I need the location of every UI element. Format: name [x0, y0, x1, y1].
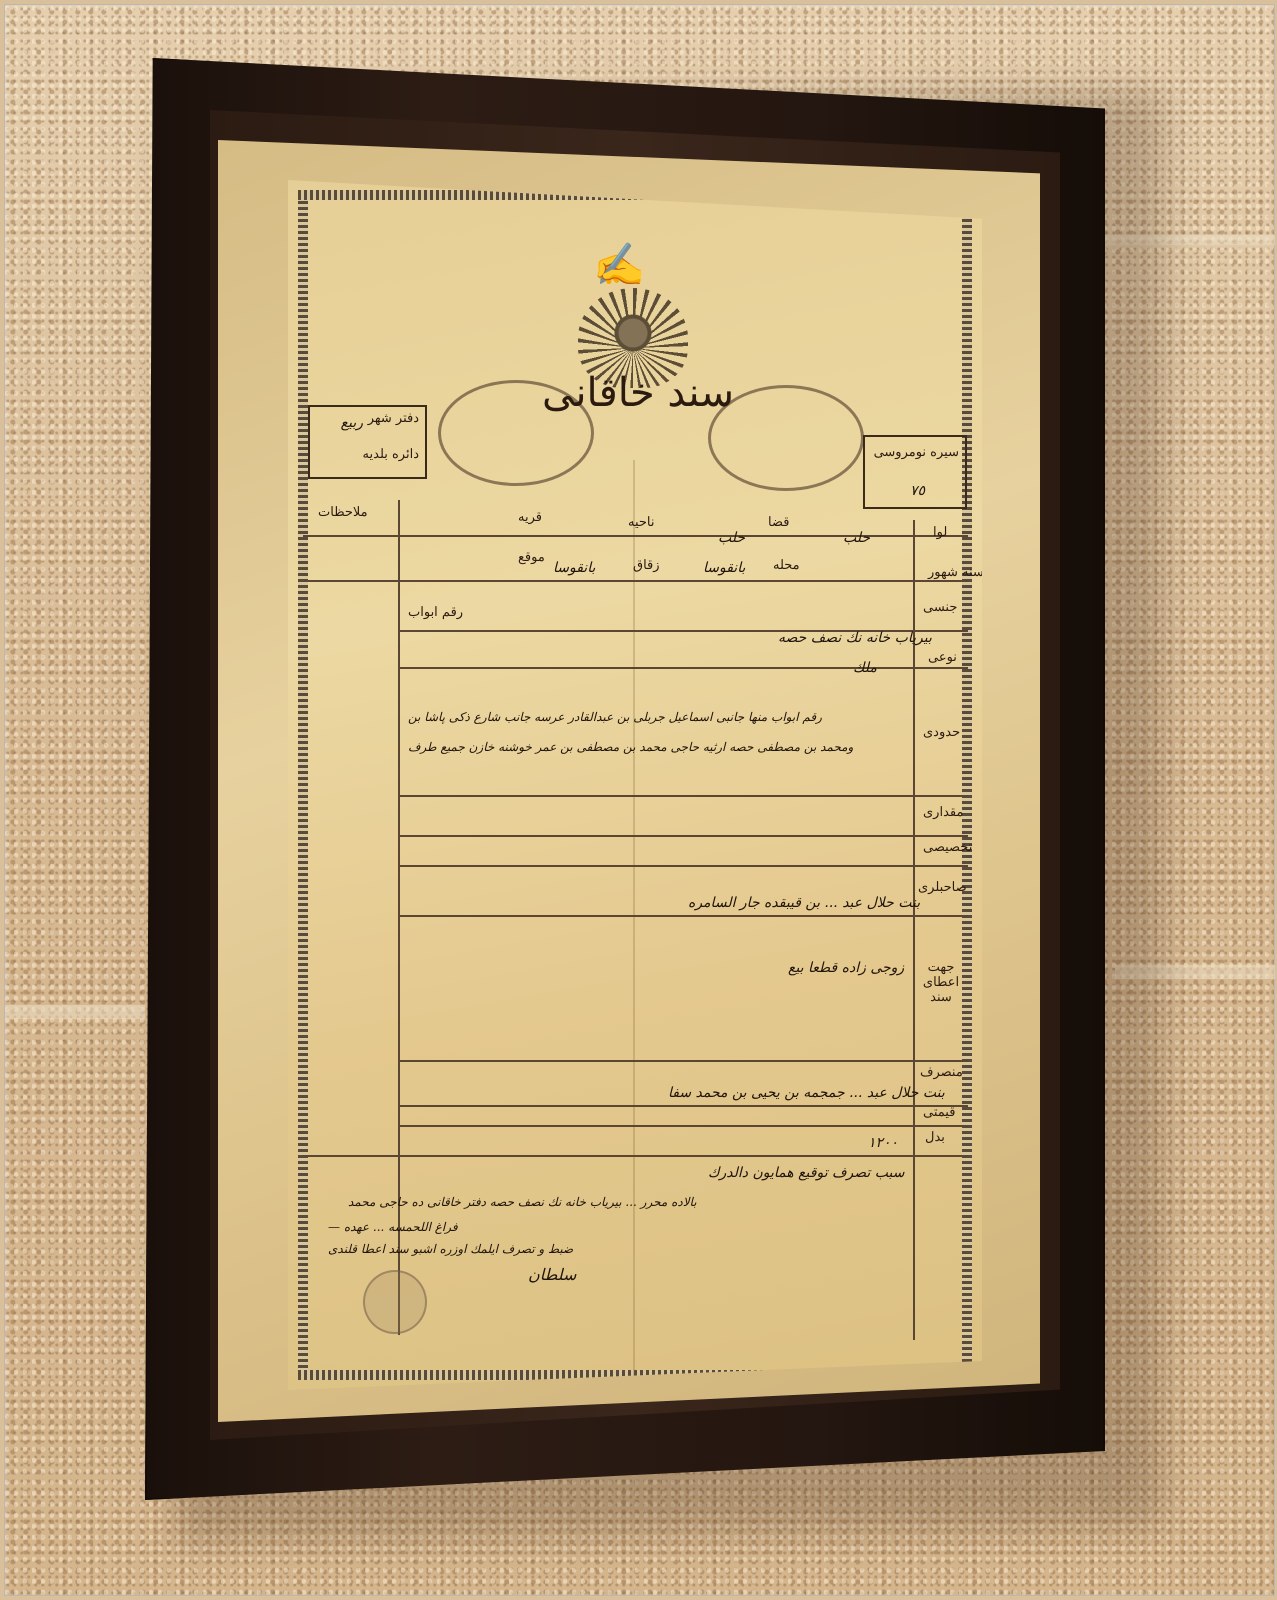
row-label-sahipleri: صاحبلری: [918, 880, 967, 895]
liva-label: لوا: [933, 525, 947, 540]
date-label: سنه شهور: [928, 565, 984, 580]
row-value-mutasarrif: بنت حلال عبد ... جمجمه بن یحیی بن محمد س…: [668, 1085, 945, 1101]
row-value-bedel: ١٢٠٠: [868, 1135, 898, 1151]
row-label-mikdari: مقداری: [923, 805, 963, 820]
notes-label: ملاحظات: [318, 505, 368, 520]
footer-line-2: بالاده محرر ... بیریاب خانه نك نصف حصه د…: [348, 1195, 697, 1209]
table-rule: [398, 915, 968, 917]
row-label-hududu: حدودی: [923, 725, 960, 740]
karye-label: قریه: [518, 510, 542, 525]
row-value-hududu-line2: ومحمد بن مصطفی حصه ارثیه حاجی محمد بن مص…: [408, 740, 853, 754]
ottoman-title-deed: ✍ سند خاقانی دفتر شهر ربیع دائره بلدیه س…: [288, 180, 982, 1390]
table-rule: [398, 795, 968, 797]
serial-number-label: سیره نومروسی: [874, 445, 959, 460]
register-value: ربیع: [341, 415, 363, 431]
mevki-label: موقع: [518, 550, 545, 565]
table-rule: [398, 1105, 968, 1107]
table-rule: [398, 667, 968, 669]
row-label-cihet-i-ita: جهت اعطای سند: [916, 960, 966, 1005]
mahalle-label: محله: [773, 558, 800, 573]
footer-line-4: ضبط و تصرف ایلمك اوزره اشبو سند اعطا قلن…: [328, 1242, 573, 1256]
table-rule: [398, 835, 968, 837]
notes-column-rule: [398, 500, 400, 1335]
official-seal-icon: [363, 1270, 427, 1334]
liva-value: حلب: [843, 530, 870, 546]
row-value-hududu: رقم ابواب منها جانبی اسماعیل جربلی بن عب…: [408, 710, 822, 724]
serial-number-value: ٧٥: [910, 483, 925, 499]
right-serial-box: سیره نومروسی ٧٥: [863, 435, 967, 509]
paper-fold-crease: [633, 460, 635, 1380]
footer-line-3: فراغ اللحمسه ... عهده —: [328, 1220, 458, 1234]
mahalle-value: بانقوسا: [703, 560, 745, 576]
mortar-joint: [5, 1005, 145, 1019]
signature: سلطان: [528, 1265, 576, 1284]
document-title: سند خاقانی: [508, 370, 768, 416]
nahiye-label: ناحیه: [628, 515, 655, 530]
tughra-icon: ✍: [593, 240, 645, 290]
table-rule: [398, 865, 968, 867]
table-rule: [398, 1060, 968, 1062]
row-label-bedel: بدل: [925, 1130, 945, 1145]
zukak-value: بانقوسا: [553, 560, 595, 576]
table-rule: [398, 1125, 968, 1127]
municipality-label: دائره بلدیه: [363, 447, 419, 462]
table-rule: [303, 580, 968, 582]
row-value-nevi: ملك: [853, 660, 877, 676]
register-label: دفتر شهر: [368, 411, 419, 426]
row-label-cinsi: جنسی: [923, 600, 957, 615]
row-value-sahipleri: بنت حلال عبد ... بن قیبقده جار السامره: [688, 895, 920, 911]
table-bottom-rule: [303, 1155, 968, 1157]
row-label-tahsisi: تخصیصی: [923, 840, 972, 855]
kaza-label: قضا: [768, 515, 789, 530]
footer-line-1: سبب تصرف توقیع همایون دالدرك: [708, 1165, 904, 1181]
left-register-box: دفتر شهر ربیع دائره بلدیه: [308, 405, 427, 479]
row-value-cinsi: بیریاب خانه نك نصف حصه: [778, 630, 932, 646]
row-label-kiymeti: قیمتی: [923, 1105, 955, 1120]
zukak-label: زقاق: [633, 558, 660, 573]
row-label-nevi: نوعی: [928, 650, 957, 665]
row-label-mutasarrif: منصرف: [920, 1065, 963, 1080]
row-value-cihet-i-ita: زوجی زاده قطعا بیع: [788, 960, 904, 976]
door-number-label: رقم ابواب: [408, 605, 463, 620]
kaza-value: حلب: [718, 530, 745, 546]
